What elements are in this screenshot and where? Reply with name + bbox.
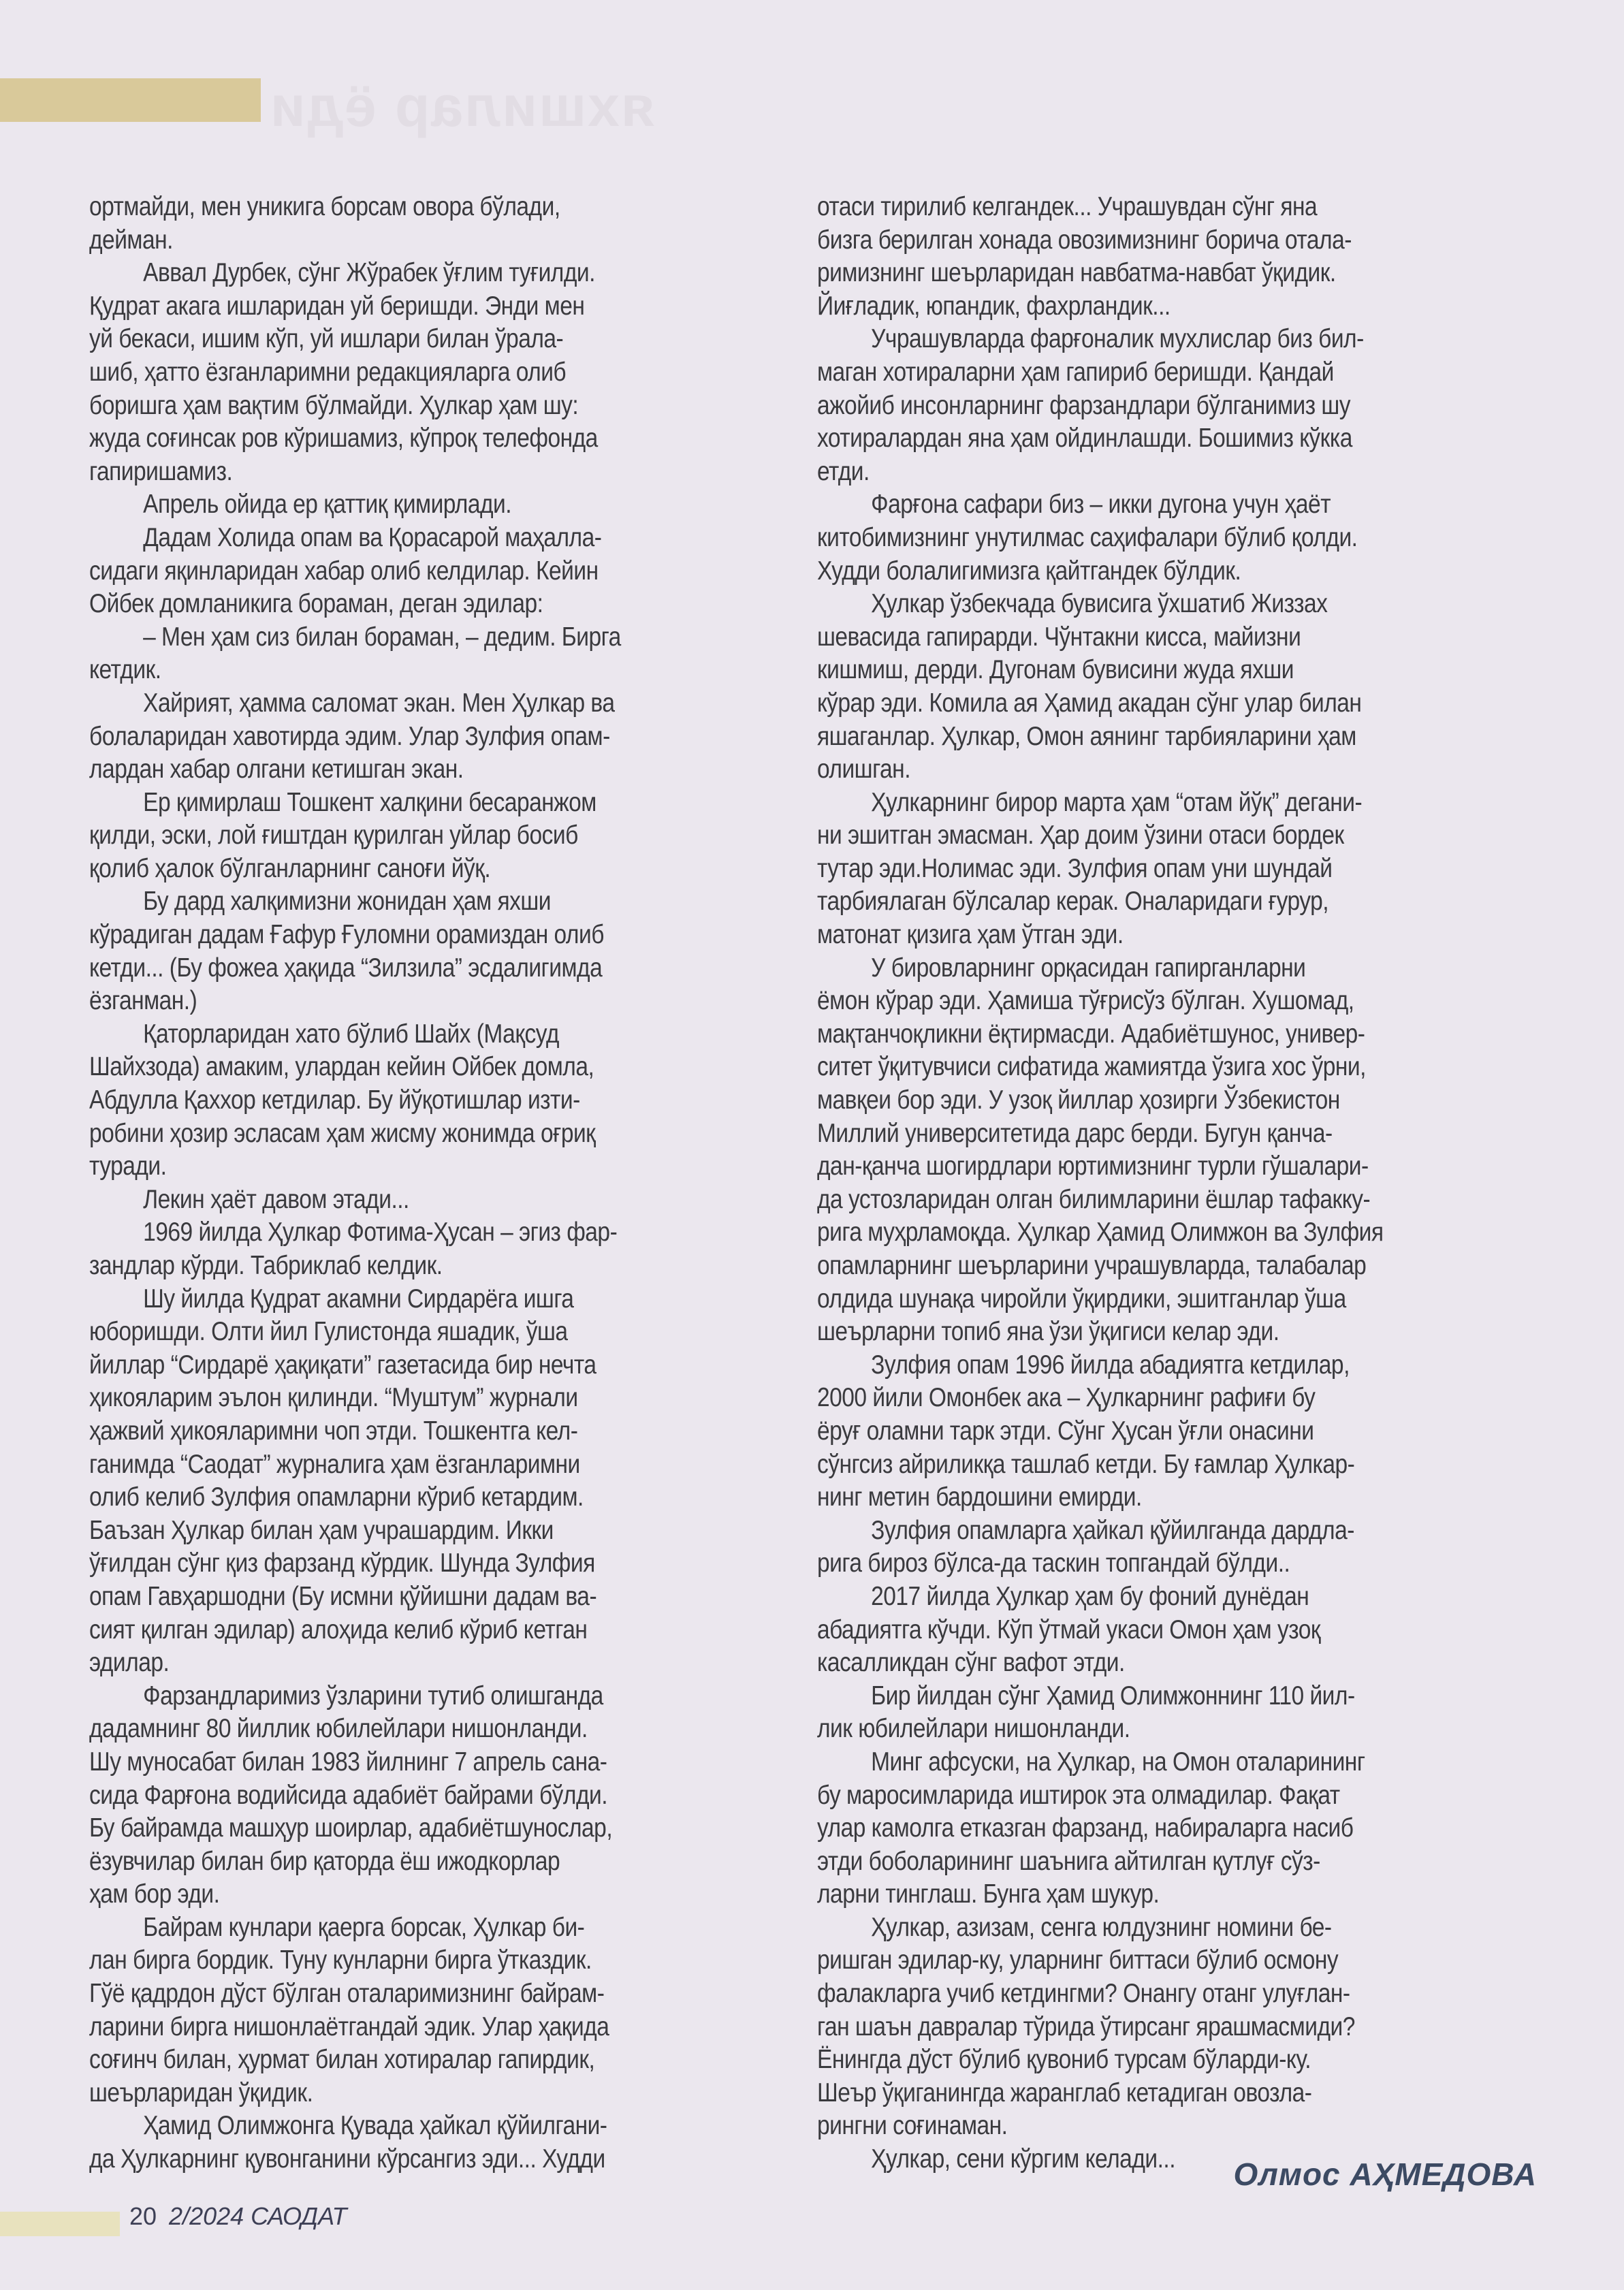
- text-line: дейман.: [89, 224, 686, 257]
- text-line: шеърларни топиб яна ўзи ўқигиси келар эд…: [817, 1316, 1438, 1349]
- text-line: тарбиялаган бўлсалар керак. Оналаридаги …: [817, 885, 1438, 919]
- header-accent-bar: [0, 78, 261, 122]
- author-signature: Олмос АҲМЕДОВА: [1234, 2156, 1537, 2193]
- text-line: фалакларга учиб кетдингми? Онангу отанг …: [817, 1977, 1438, 2011]
- text-line: мақтанчоқликни ёқтирмасди. Адабиётшунос,…: [817, 1018, 1438, 1051]
- text-line: Ҳулкарнинг бирор марта ҳам “отам йўқ” де…: [817, 786, 1438, 820]
- text-line: кўрар эди. Комила ая Ҳамид акадан сўнг у…: [817, 687, 1438, 720]
- text-line: ҳажвий ҳикояларимни чоп этди. Тошкентга …: [89, 1415, 686, 1448]
- text-line: лардан хабар олгани кетишган экан.: [89, 753, 686, 786]
- text-line: туради.: [89, 1150, 686, 1183]
- text-line: опамларнинг шеърларини учрашувларда, тал…: [817, 1250, 1438, 1283]
- text-line: да устозларидан олган билимларини ёшлар …: [817, 1183, 1438, 1217]
- text-line: ситет ўқитувчиси сифатида жамиятда ўзига…: [817, 1051, 1438, 1084]
- text-line: лан бирга бордик. Туну кунларни бирга ўт…: [89, 1944, 686, 1977]
- text-line: Шеър ўқиганингда жаранглаб кетадиган ово…: [817, 2077, 1438, 2110]
- text-line: кетди... (Бу фожеа ҳақида “Зилзила” эсда…: [89, 952, 686, 985]
- text-line: Шу йилда Қудрат акамни Сирдарёга ишга: [89, 1283, 686, 1316]
- text-line: гапиришамиз.: [89, 456, 686, 489]
- text-line: яшаганлар. Ҳулкар, Омон аянинг тарбиялар…: [817, 720, 1438, 754]
- text-line: жуда соғинсак ров кўришамиз, кўпроқ теле…: [89, 422, 686, 456]
- text-line: ортмайди, мен уникига борсам овора бўлад…: [89, 191, 686, 224]
- text-line: рингни соғинаман.: [817, 2110, 1438, 2143]
- text-line: Бу дард халқимизни жонидан ҳам яхши: [89, 885, 686, 919]
- text-line: сўнгсиз айриликқа ташлаб кетди. Бу ғамла…: [817, 1448, 1438, 1482]
- text-line: Зулфия опам 1996 йилда абадиятга кетдила…: [817, 1349, 1438, 1382]
- text-line: Йиғладик, юпандик, фахрландик...: [817, 290, 1438, 323]
- text-line: Ойбек домланикига бораман, деган эдилар:: [89, 588, 686, 621]
- page-number: 20: [129, 2202, 157, 2231]
- text-line: етди.: [817, 456, 1438, 489]
- text-line: Лекин ҳаёт давом этади...: [89, 1183, 686, 1217]
- text-line: ёмон кўрар эди. Ҳамиша тўғрисўз бўлган. …: [817, 985, 1438, 1018]
- text-line: шиб, ҳатто ёзганларимни редакцияларга ол…: [89, 356, 686, 389]
- text-line: ёруғ оламни тарк этди. Сўнг Ҳусан ўғли о…: [817, 1415, 1438, 1448]
- text-line: Ёнингда дўст бўлиб қувониб турсам бўлард…: [817, 2043, 1438, 2077]
- text-line: хотиралардан яна ҳам ойдинлашди. Бошимиз…: [817, 422, 1438, 456]
- text-line: робини ҳозир эсласам ҳам жисму жонимда о…: [89, 1117, 686, 1151]
- text-line: отаси тирилиб келгандек... Учрашувдан сў…: [817, 191, 1438, 224]
- text-line: ўғилдан сўнг қиз фарзанд кўрдик. Шунда З…: [89, 1547, 686, 1580]
- text-line: ларини бирга нишонлаётгандай эдик. Улар …: [89, 2011, 686, 2044]
- text-line: Дадам Холида опам ва Қорасарой маҳалла-: [89, 522, 686, 555]
- text-line: шеърларидан ўқидик.: [89, 2077, 686, 2110]
- text-line: шевасида гапирарди. Чўнтакни кисса, майи…: [817, 621, 1438, 654]
- text-line: мавқеи бор эди. У узоқ йиллар ҳозирги Ўз…: [817, 1084, 1438, 1117]
- text-line: китобимизнинг унутилмас саҳифалари бўлиб…: [817, 522, 1438, 555]
- text-line: Баъзан Ҳулкар билан ҳам учрашардим. Икки: [89, 1514, 686, 1548]
- text-line: Қудрат акага ишларидан уй беришди. Энди …: [89, 290, 686, 323]
- text-line: дадамнинг 80 йиллик юбилейлари нишонланд…: [89, 1713, 686, 1746]
- text-line: Худди болалигимизга қайтгандек бўлдик.: [817, 555, 1438, 588]
- text-line: У бировларнинг орқасидан гапирганларни: [817, 952, 1438, 985]
- text-line: қолиб ҳалок бўлганларнинг саноғи йўқ.: [89, 853, 686, 886]
- text-line: опам Гавҳаршодни (Бу исмни қўйишни дадам…: [89, 1580, 686, 1614]
- text-line: – Мен ҳам сиз билан бораман, – дедим. Би…: [89, 621, 686, 654]
- text-line: эдилар.: [89, 1647, 686, 1680]
- text-line: Апрель ойида ер қаттиқ қимирлади.: [89, 488, 686, 522]
- text-line: сида Фарғона водийсида адабиёт байрами б…: [89, 1779, 686, 1813]
- text-line: Минг афсуски, на Ҳулкар, на Омон оталари…: [817, 1746, 1438, 1779]
- text-line: Қаторларидан хато бўлиб Шайх (Мақсуд: [89, 1018, 686, 1051]
- text-line: бизга берилган хонада овозимизнинг борич…: [817, 224, 1438, 257]
- text-line: Аввал Дурбек, сўнг Жўрабек ўғлим туғилди…: [89, 257, 686, 290]
- text-line: маган хотираларни ҳам гапириб беришди. Қ…: [817, 356, 1438, 389]
- text-line: Учрашувларда фарғоналик мухлислар биз би…: [817, 323, 1438, 356]
- text-line: боришга ҳам вақтим бўлмайди. Ҳулкар ҳам …: [89, 389, 686, 423]
- text-line: Ҳулкар, азизам, сенга юлдузнинг номини б…: [817, 1911, 1438, 1945]
- text-line: ҳикояларим эълон қилинди. “Муштум” журна…: [89, 1382, 686, 1415]
- text-line: ни эшитган эмасман. Ҳар доим ўзини отаси…: [817, 819, 1438, 853]
- text-line: соғинч билан, ҳурмат билан хотиралар гап…: [89, 2043, 686, 2077]
- text-line: рига муҳрламоқда. Ҳулкар Ҳамид Олимжон в…: [817, 1216, 1438, 1250]
- text-line: йиллар “Сирдарё ҳақиқати” газетасида бир…: [89, 1349, 686, 1382]
- text-line: дан-қанча шогирдлари юртимизнинг турли г…: [817, 1150, 1438, 1183]
- text-line: римизнинг шеърларидан навбатма-навбат ўқ…: [817, 257, 1438, 290]
- text-line: тутар эди.Нолимас эди. Зулфия опам уни ш…: [817, 853, 1438, 886]
- text-line: ёзганман.): [89, 985, 686, 1018]
- text-line: олдида шунақа чиройли ўқирдики, эшитганл…: [817, 1283, 1438, 1316]
- text-line: улар камолга етказган фарзанд, набиралар…: [817, 1812, 1438, 1845]
- text-line: олиб келиб Зулфия опамларни кўриб кетард…: [89, 1481, 686, 1514]
- text-line: ажойиб инсонларнинг фарзандлари бўлганим…: [817, 389, 1438, 423]
- show-through-title: яхшилар ёди: [269, 74, 654, 140]
- text-line: Гўё қадрдон дўст бўлган оталаримизнинг б…: [89, 1977, 686, 2011]
- text-line: Шу муносабат билан 1983 йилнинг 7 апрель…: [89, 1746, 686, 1779]
- text-line: қилди, эски, лой ғиштдан қурилган уйлар …: [89, 819, 686, 853]
- text-line: Бу байрамда машҳур шоирлар, адабиётшунос…: [89, 1812, 686, 1845]
- text-line: Фарзандларимиз ўзларини тутиб олишганда: [89, 1680, 686, 1713]
- text-line: кетдик.: [89, 654, 686, 687]
- text-line: Ер қимирлаш Тошкент халқини бесаранжом: [89, 786, 686, 820]
- text-line: кўрадиган дадам Ғафур Ғуломни орамиздан …: [89, 919, 686, 952]
- text-line: 2017 йилда Ҳулкар ҳам бу фоний дунёдан: [817, 1580, 1438, 1614]
- text-line: ганимда “Саодат” журналига ҳам ёзганлари…: [89, 1448, 686, 1482]
- text-line: Абдулла Қаххор кетдилар. Бу йўқотишлар и…: [89, 1084, 686, 1117]
- text-line: Ҳамид Олимжонга Қувада ҳайкал қўйилгани-: [89, 2110, 686, 2143]
- text-line: этди боболарининг шаънига айтилган қутлу…: [817, 1845, 1438, 1879]
- text-line: юборишди. Олти йил Гулистонда яшадик, ўш…: [89, 1316, 686, 1349]
- text-line: ларни тинглаш. Бунга ҳам шукур.: [817, 1878, 1438, 1911]
- article-column-right: отаси тирилиб келгандек... Учрашувдан сў…: [817, 191, 1539, 2176]
- text-line: сидаги яқинларидан хабар олиб келдилар. …: [89, 555, 686, 588]
- page-footer: 20 2/2024 САОДАТ: [129, 2202, 347, 2231]
- article-column-left: ортмайди, мен уникига борсам овора бўлад…: [89, 191, 784, 2176]
- text-line: Зулфия опамларга ҳайкал қўйилганда дардл…: [817, 1514, 1438, 1548]
- text-line: ган шаън давралар тўрида ўтирсанг ярашма…: [817, 2011, 1438, 2044]
- footer-accent-bar: [0, 2212, 120, 2236]
- text-line: зандлар кўрди. Табриклаб келдик.: [89, 1250, 686, 1283]
- text-line: Хайрият, ҳамма саломат экан. Мен Ҳулкар …: [89, 687, 686, 720]
- text-line: рига бироз бўлса-да таскин топгандай бўл…: [817, 1547, 1438, 1580]
- text-line: 1969 йилда Ҳулкар Фотима-Ҳусан – эгиз фа…: [89, 1216, 686, 1250]
- issue-label: 2/2024 САОДАТ: [169, 2202, 347, 2231]
- text-line: кишмиш, дерди. Дугонам бувисини жуда яхш…: [817, 654, 1438, 687]
- text-line: сият қилган эдилар) алоҳида келиб кўриб …: [89, 1614, 686, 1647]
- text-line: ёзувчилар билан бир қаторда ёш ижодкорла…: [89, 1845, 686, 1879]
- text-line: уй бекаси, ишим кўп, уй ишлари билан ўра…: [89, 323, 686, 356]
- text-line: абадиятга кўчди. Кўп ўтмай укаси Омон ҳа…: [817, 1614, 1438, 1647]
- text-line: касалликдан сўнг вафот этди.: [817, 1647, 1438, 1680]
- text-line: болаларидан хавотирда эдим. Улар Зулфия …: [89, 720, 686, 754]
- text-line: ҳам бор эди.: [89, 1878, 686, 1911]
- text-line: бу маросимларида иштирок эта олмадилар. …: [817, 1779, 1438, 1813]
- text-line: Бир йилдан сўнг Ҳамид Олимжоннинг 110 йи…: [817, 1680, 1438, 1713]
- text-line: ришган эдилар-ку, уларнинг биттаси бўлиб…: [817, 1944, 1438, 1977]
- text-line: да Ҳулкарнинг қувонганини кўрсангиз эди.…: [89, 2143, 686, 2176]
- text-line: Миллий университетида дарс берди. Бугун …: [817, 1117, 1438, 1151]
- text-line: Ҳулкар ўзбекчада бувисига ўхшатиб Жиззах: [817, 588, 1438, 621]
- text-line: матонат қизига ҳам ўтган эди.: [817, 919, 1438, 952]
- text-line: Байрам кунлари қаерга борсак, Ҳулкар би-: [89, 1911, 686, 1945]
- text-line: Фарғона сафари биз – икки дугона учун ҳа…: [817, 488, 1438, 522]
- text-line: 2000 йили Омонбек ака – Ҳулкарнинг рафиғ…: [817, 1382, 1438, 1415]
- text-line: нинг метин бардошини емирди.: [817, 1481, 1438, 1514]
- text-line: Шайхзода) амаким, улардан кейин Ойбек до…: [89, 1051, 686, 1084]
- text-line: олишган.: [817, 753, 1438, 786]
- text-line: лик юбилейлари нишонланди.: [817, 1713, 1438, 1746]
